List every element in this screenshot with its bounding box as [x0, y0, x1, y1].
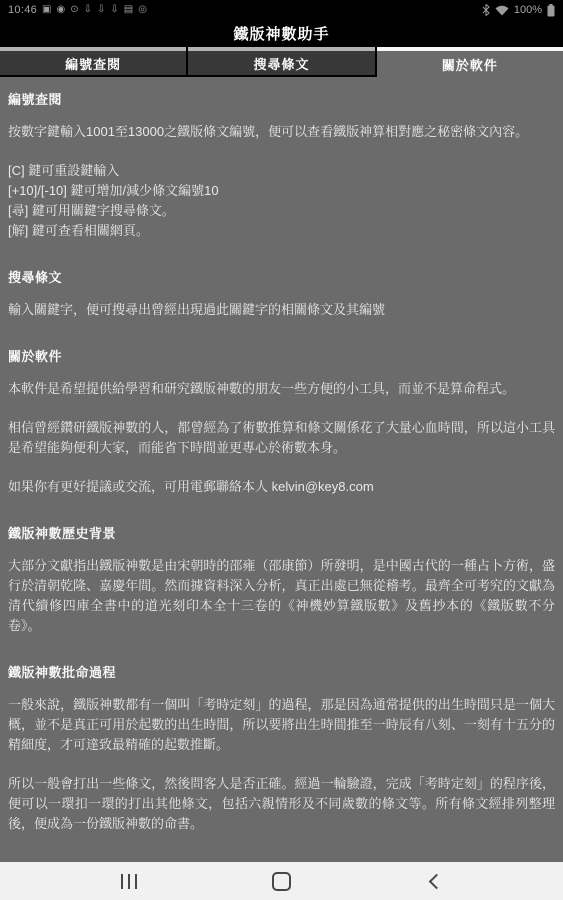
- android-nav-bar: [0, 862, 563, 900]
- section-heading: 鐵版神數批命過程: [8, 663, 555, 683]
- home-button[interactable]: [259, 865, 303, 897]
- section-history-background: 鐵版神數歷史背景 大部分文獻指出鐵版神數是由宋朝時的邵雍（邵康節）所發明，是中國…: [8, 524, 555, 636]
- battery-icon: [547, 4, 555, 17]
- about-content: 編號查閱 按數字鍵輸入1001至13000之鐵版條文編號，便可以查看鐵版神算相對…: [0, 77, 563, 862]
- section-paragraph: 輸入關鍵字，便可搜尋出曾經出現過此關鍵字的相關條文及其編號: [8, 300, 555, 320]
- tab-label: 編號查閱: [65, 54, 121, 73]
- key-help-line: [解] 鍵可查看相關網頁。: [8, 221, 555, 241]
- key-help-line: [C] 鍵可重設鍵輸入: [8, 161, 555, 181]
- section-heading: 關於軟件: [8, 347, 555, 367]
- section-heading: 搜尋條文: [8, 268, 555, 288]
- notification-icon: ▣: [42, 5, 51, 15]
- section-heading: 鐵版神數歷史背景: [8, 524, 555, 544]
- tab-label: 搜尋條文: [253, 54, 309, 73]
- section-paragraph: 大部分文獻指出鐵版神數是由宋朝時的邵雍（邵康節）所發明，是中國古代的一種占卜方術…: [8, 556, 555, 636]
- notification-icon: ◎: [138, 5, 147, 15]
- tab-label: 關於軟件: [442, 55, 498, 74]
- section-paragraph: 相信曾經鑽研鐵版神數的人，都曾經為了術數推算和條文關係花了大量心血時間，所以這小…: [8, 418, 555, 458]
- battery-percentage: 100%: [514, 4, 542, 16]
- home-icon: [272, 872, 291, 891]
- section-paragraph-contact-email: 如果你有更好提議或交流，可用電郵聯絡本人 kelvin@key8.com: [8, 477, 555, 497]
- section-paragraph: 按數字鍵輸入1001至13000之鐵版條文編號，便可以查看鐵版神算相對應之秘密條…: [8, 122, 555, 142]
- section-paragraph: 一般來說，鐵版神數都有一個叫「考時定刻」的過程，那是因為通常提供的出生時間只是一…: [8, 695, 555, 755]
- notification-icon: ◉: [56, 5, 65, 15]
- section-search-verses: 搜尋條文 輸入關鍵字，便可搜尋出曾經出現過此關鍵字的相關條文及其編號: [8, 268, 555, 320]
- section-paragraph: 本軟件是希望提供給學習和研究鐵版神數的朋友一些方便的小工具，而並不是算命程式。: [8, 379, 555, 399]
- bluetooth-icon: [482, 4, 490, 16]
- key-help-line: [+10]/[-10] 鍵可增加/減少條文編號10: [8, 181, 555, 201]
- back-button[interactable]: [412, 865, 456, 897]
- recents-icon: [121, 874, 137, 889]
- tab-number-lookup[interactable]: 編號查閱: [0, 47, 188, 77]
- recents-button[interactable]: [107, 865, 151, 897]
- back-icon: [428, 873, 444, 889]
- wifi-icon: [495, 5, 509, 16]
- key-help-line: [尋] 鍵可用關鍵字搜尋條文。: [8, 201, 555, 221]
- download-icon: ⇩: [84, 5, 92, 15]
- page-title: 鐵版神數助手: [233, 23, 329, 44]
- app-title-bar: 鐵版神數助手: [0, 20, 563, 47]
- key-help-lines: [C] 鍵可重設鍵輸入 [+10]/[-10] 鍵可增加/減少條文編號10 [尋…: [8, 161, 555, 241]
- section-paragraph: 所以一般會打出一些條文，然後問客人是否正確。經過一輪驗證，完成「考時定刻」的程序…: [8, 774, 555, 834]
- section-about-software: 關於軟件 本軟件是希望提供給學習和研究鐵版神數的朋友一些方便的小工具，而並不是算…: [8, 347, 555, 497]
- status-bar: 10:46 ▣ ◉ ⊙ ⇩ ⇩ ⇩ ▤ ◎ 100%: [0, 0, 563, 20]
- section-fate-reading-process: 鐵版神數批命過程 一般來說，鐵版神數都有一個叫「考時定刻」的過程，那是因為通常提…: [8, 663, 555, 834]
- tab-about-software[interactable]: 關於軟件: [377, 47, 563, 77]
- notification-icon: ⊙: [70, 5, 78, 15]
- section-heading: 編號查閱: [8, 90, 555, 110]
- tab-bar: 編號查閱 搜尋條文 關於軟件: [0, 47, 563, 77]
- notification-icon: ▤: [124, 5, 133, 15]
- section-number-lookup: 編號查閱 按數字鍵輸入1001至13000之鐵版條文編號，便可以查看鐵版神算相對…: [8, 90, 555, 241]
- clock: 10:46: [8, 4, 37, 16]
- download-icon: ⇩: [110, 5, 118, 15]
- download-icon: ⇩: [97, 5, 105, 15]
- tab-search-verses[interactable]: 搜尋條文: [188, 47, 376, 77]
